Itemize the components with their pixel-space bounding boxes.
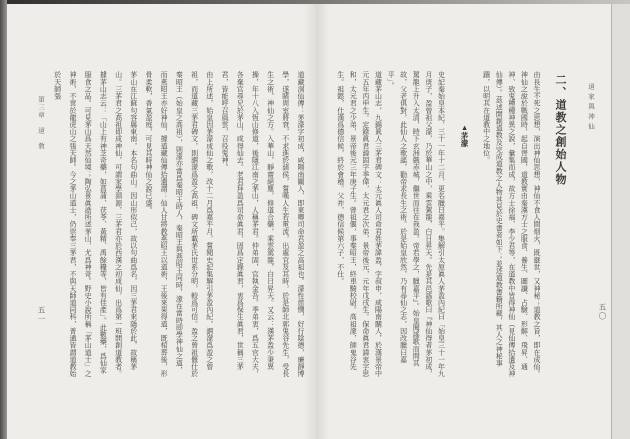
paragraph-shiji-quote: 史記秦始皇本紀，三十一年十二月，更名臘曰嘉平。集解引太原眞人茅盈內紀曰「始皇三十… [384,71,447,378]
paragraph-dongxianzhuan-quote: 道藏洞仙傳：茅濛字初成，咸陽南關人，即東卿司命君盈之高祖也。濛性慈憫，好行陰德，… [217,71,308,378]
left-page-chapter-label: 第三章 道 敎 [36,96,45,150]
subject-heading-mao-meng: ▲茅濛 [457,71,470,378]
paragraph-discussion: 由上所述，始皇因茅濛成仙之歌，改十二月爲嘉平月，嘗閱史記集解引茅盈內紀，謂濛爲盈… [141,71,217,378]
right-page-number: 五〇 [597,303,608,321]
paragraph-maoshan-description: 茅山在江蘇句容縣東南，本名句曲山，因山形似己，故以句曲爲名，因三茅君來隱於此，故… [50,71,141,378]
right-page-running-title: 道家與神仙 [586,83,595,133]
paragraph-maoshanzhi-quote: 道藏茅山志，九錫眞人三茅君碑文：太元眞人司命君姓茅諱盈，字叔申，咸陽南關人，於漢… [334,71,384,378]
scan-edge-top [0,0,630,4]
scan-edge-right [611,4,630,439]
left-page-text-block: 道藏洞仙傳：茅濛字初成，咸陽南關人，即東卿司命君盈之高祖也。濛性慈憫，好行陰德，… [50,71,308,378]
left-page-number: 五一 [36,306,47,324]
right-page-text-block: 二、道教之創始人物 由長生不死之思想，演出神仙思想，神仙不食人間烟火，既遯世，又… [334,71,570,378]
scanned-book-spread: 道家與神仙 五〇 二、道教之創始人物 由長生不死之思想，演出神仙思想，神仙不食人… [0,0,630,439]
scan-edge-left [0,0,7,439]
paragraph-intro: 由長生不死之思想，演出神仙思想，神仙不食人間烟火，既遯世，又神秘；道教之旨，即在… [480,71,543,378]
section-title: 二、道教之創始人物 [549,71,570,378]
